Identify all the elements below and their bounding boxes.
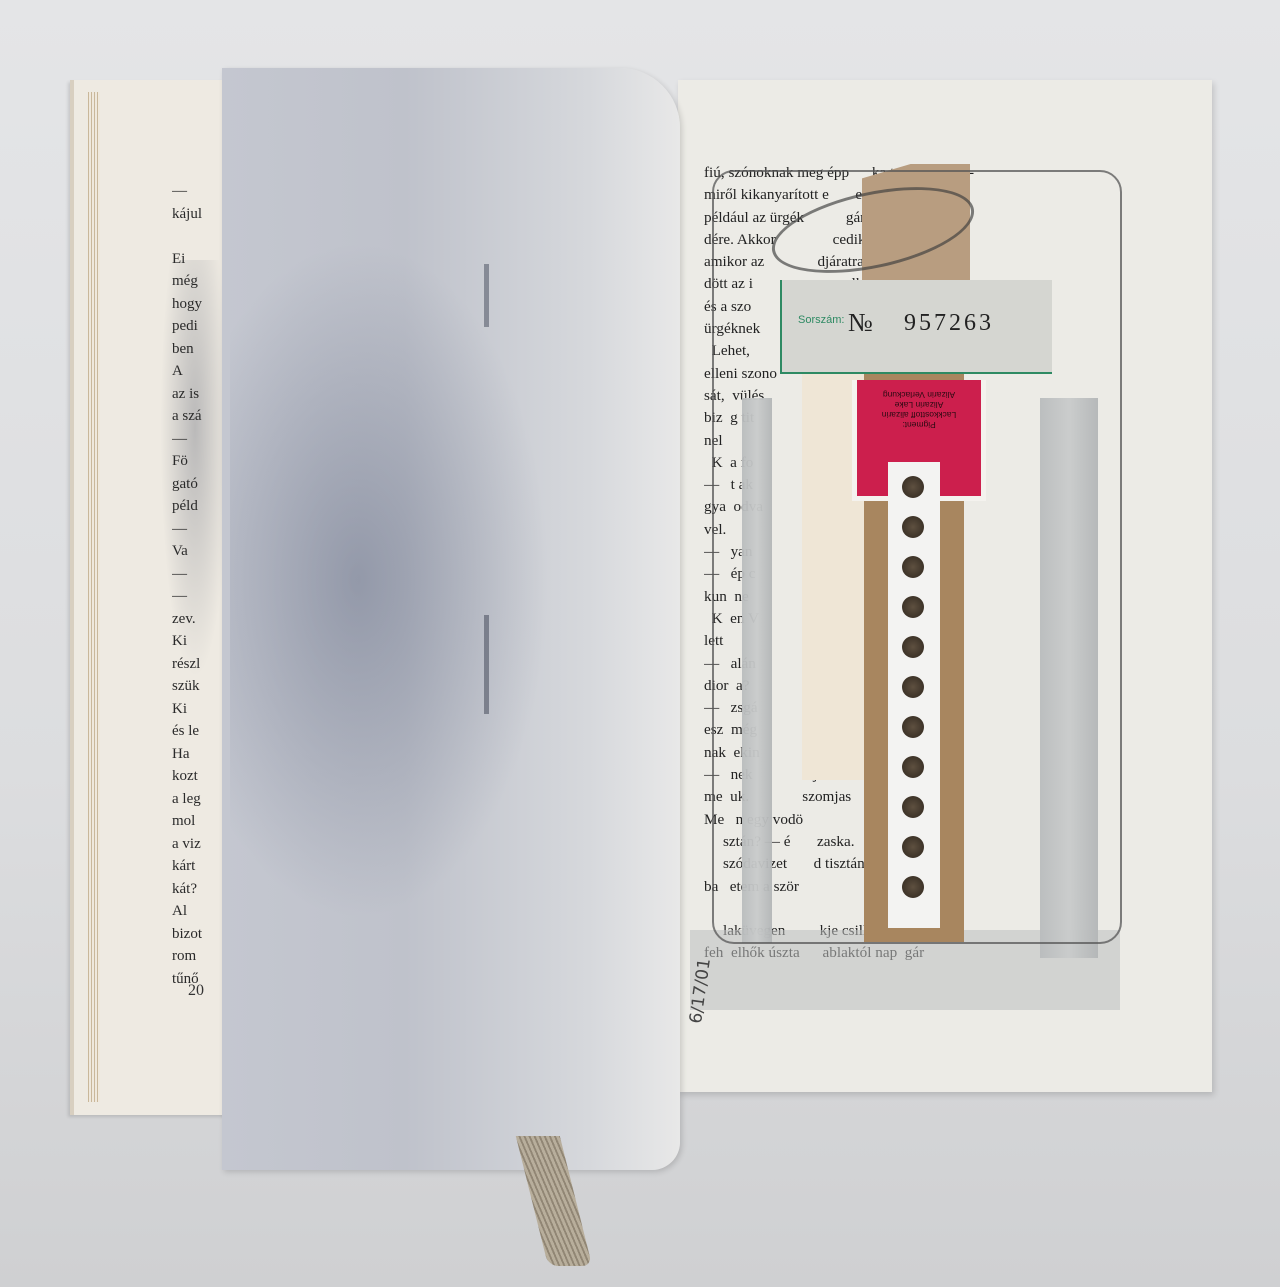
page-number: 20: [188, 982, 204, 1000]
vellum-pencil-mark: [484, 264, 489, 714]
vellum-shading: [230, 240, 550, 920]
pencil-frame: [712, 170, 1122, 944]
page-edges: [88, 92, 100, 1102]
